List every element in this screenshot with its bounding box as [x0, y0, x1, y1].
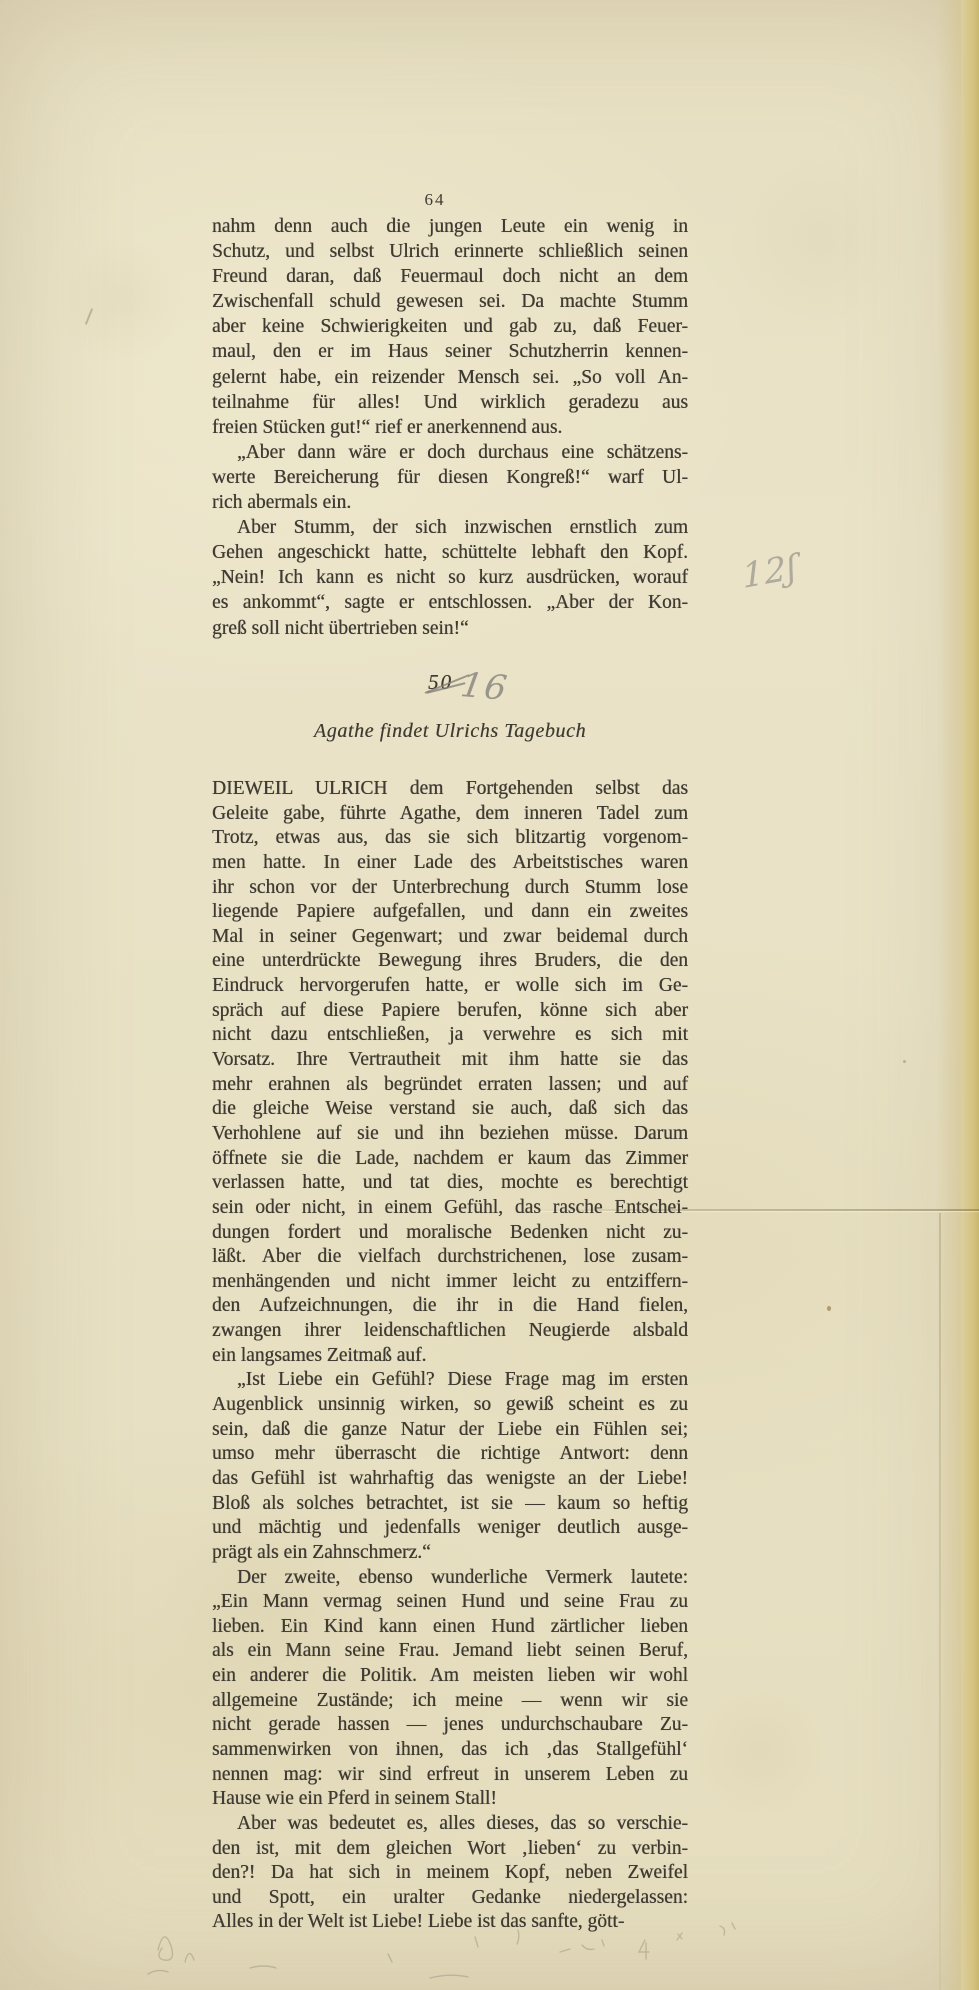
text-line: freien Stücken gut!“ rief er anerkennend… [212, 415, 688, 440]
paragraph: Der zweite, ebenso wunderliche Vermerk l… [212, 1566, 688, 1591]
paragraph: DIEWEIL ULRICH dem Fortgehenden selbst d… [212, 777, 688, 1368]
text-line: zwangen ihrer leidenschaftlichen Neugier… [212, 1319, 688, 1344]
text-line: werte Bereicherung für diesen Kongreß!“ … [212, 465, 688, 490]
text-line: Vorsatz. Ihre Vertrautheit mit ihm hatte… [212, 1048, 688, 1073]
text-line: Augenblick unsinnig wirken, so gewiß sch… [212, 1393, 688, 1418]
text-line: Geleite gabe, führte Agathe, dem inneren… [212, 802, 688, 827]
text-line: eine unterdrückte Bewegung ihres Bruders… [212, 949, 688, 974]
text-line: allgemeine Zustände; ich meine — wenn wi… [212, 1689, 688, 1714]
paragraph: „Aber dann wäre er doch durchaus eine sc… [212, 440, 688, 515]
text-line: läßt. Aber die vielfach durchstrichenen,… [212, 1245, 688, 1270]
text-line: ein anderer die Politik. Am meisten lieb… [212, 1664, 688, 1689]
paragraph: Aber Stumm, der sich inzwischen ernstlic… [212, 515, 688, 640]
chapter-number-handwritten: 16 [458, 665, 511, 709]
text-line: DIEWEIL ULRICH dem Fortgehenden selbst d… [212, 777, 688, 802]
text-line: den?! Da hat sich in meinem Kopf, neben … [212, 1861, 688, 1886]
chapter-number-printed: 50 [428, 670, 453, 695]
text-block-after-heading: DIEWEIL ULRICH dem Fortgehenden selbst d… [212, 777, 688, 1935]
paragraph: „Ist Liebe ein Gefühl? Diese Frage mag i… [212, 1368, 688, 1565]
text-line: menhängenden und nicht immer leicht zu e… [212, 1270, 688, 1295]
text-line: liegende Papiere aufgefallen, und dann e… [212, 900, 688, 925]
text-line: Trotz, etwas aus, das sie sich blitzarti… [212, 826, 688, 851]
text-line: Schutz, und selbst Ulrich erinnerte schl… [212, 239, 688, 264]
text-line: rich abermals ein. [212, 490, 688, 515]
text-line: Verhohlene auf sie und ihn beziehen müss… [212, 1122, 688, 1147]
paragraph: nahm denn auch die jungen Leute ein weni… [212, 214, 688, 440]
text-line: Eindruck hervorgerufen hatte, er wolle s… [212, 974, 688, 999]
text-line: nicht gerade hassen — jenes undurchschau… [212, 1713, 688, 1738]
text-block-before-heading: nahm denn auch die jungen Leute ein weni… [212, 214, 688, 641]
text-line: „Nein! Ich kann es nicht so kurz ausdrüc… [212, 565, 688, 590]
text-line: gelernt habe, ein reizender Mensch sei. … [212, 365, 688, 390]
text-line: umso mehr überrascht die richtige Antwor… [212, 1442, 688, 1467]
text-line: men hatte. In einer Lade des Arbeitstisc… [212, 851, 688, 876]
paragraph: „Ein Mann vermag seinen Hund und seine F… [212, 1590, 688, 1812]
text-line: nicht dazu entschließen, ja verwehre es … [212, 1023, 688, 1048]
pencil-slash-mark [85, 308, 93, 325]
text-line: öffnete sie die Lade, nachdem er kaum da… [212, 1147, 688, 1172]
text-line: Aber Stumm, der sich inzwischen ernstlic… [212, 515, 688, 540]
text-line: Mal in seiner Gegenwart; und zwar beidem… [212, 925, 688, 950]
text-line: den ist, mit dem gleichen Wort ‚lieben‘ … [212, 1837, 688, 1862]
text-line: und Spott, ein uralter Gedanke niedergel… [212, 1886, 688, 1911]
pencil-scribbles [130, 1912, 830, 1987]
text-line: spräch auf diese Papiere berufen, könne … [212, 999, 688, 1024]
text-line: Zwischenfall schuld gewesen sei. Da mach… [212, 289, 688, 314]
paper-crease-vertical [939, 1213, 941, 1990]
text-line: verlassen hatte, und tat dies, mochte es… [212, 1171, 688, 1196]
pencil-margin-note: 12ʃ [741, 547, 798, 597]
text-line: Aber was bedeutet es, alles dieses, das … [212, 1812, 688, 1837]
chapter-title: Agathe findet Ulrichs Tagebuch [212, 720, 688, 743]
text-line: den Aufzeichnungen, die ihr in die Hand … [212, 1294, 688, 1319]
text-line: „Ein Mann vermag seinen Hund und seine F… [212, 1590, 688, 1615]
text-line: greß soll nicht übertrieben sein!“ [212, 616, 688, 641]
text-line: „Ist Liebe ein Gefühl? Diese Frage mag i… [212, 1368, 688, 1393]
text-line: sein, daß die ganze Natur der Liebe ein … [212, 1418, 688, 1443]
text-line: mehr erahnen als begründet erraten lasse… [212, 1073, 688, 1098]
paper-speck [827, 1306, 831, 1311]
text-line: ein langsames Zeitmaß auf. [212, 1344, 688, 1369]
text-line: Hause wie ein Pferd in seinem Stall! [212, 1787, 688, 1812]
text-line: dungen fordert und moralische Bedenken n… [212, 1221, 688, 1246]
scanned-book-page: 64 nahm denn auch die jungen Leute ein w… [0, 0, 979, 1990]
text-line: „Aber dann wäre er doch durchaus eine sc… [212, 440, 688, 465]
text-line: als ein Mann seine Frau. Jemand liebt se… [212, 1639, 688, 1664]
paper-speck [903, 1060, 906, 1063]
page-number: 64 [212, 190, 658, 210]
text-line: sammenwirken von ihnen, das ich ‚das Sta… [212, 1738, 688, 1763]
text-line: lieben. Ein Kind kann einen Hund zärtlic… [212, 1615, 688, 1640]
text-line: Bloß als solches betrachtet, ist sie — k… [212, 1492, 688, 1517]
text-line: das Gefühl ist wahrhaftig das wenigste a… [212, 1467, 688, 1492]
text-line: Der zweite, ebenso wunderliche Vermerk l… [212, 1566, 688, 1591]
text-line: teilnahme für alles! Und wirklich gerade… [212, 390, 688, 415]
text-line: die gleiche Weise verstand sie auch, daß… [212, 1097, 688, 1122]
text-line: sein oder nicht, in einem Gefühl, das ra… [212, 1196, 688, 1221]
text-line: es ankommt“, sagte er entschlossen. „Abe… [212, 590, 688, 615]
text-line: ihr schon vor der Unterbrechung durch St… [212, 876, 688, 901]
text-line: Gehen angeschickt hatte, schüttelte lebh… [212, 540, 688, 565]
text-line: und mächtig und jedenfalls weniger deutl… [212, 1516, 688, 1541]
text-line: nahm denn auch die jungen Leute ein weni… [212, 214, 688, 239]
text-line: maul, den er im Haus seiner Schutzherrin… [212, 339, 688, 364]
page-edge [961, 0, 979, 1990]
text-line: Freund daran, daß Feuermaul doch nicht a… [212, 264, 688, 289]
text-line: prägt als ein Zahnschmerz.“ [212, 1541, 688, 1566]
text-line: nennen mag: wir sind erfreut in unserem … [212, 1763, 688, 1788]
text-line: aber keine Schwierigkeiten und gab zu, d… [212, 314, 688, 339]
